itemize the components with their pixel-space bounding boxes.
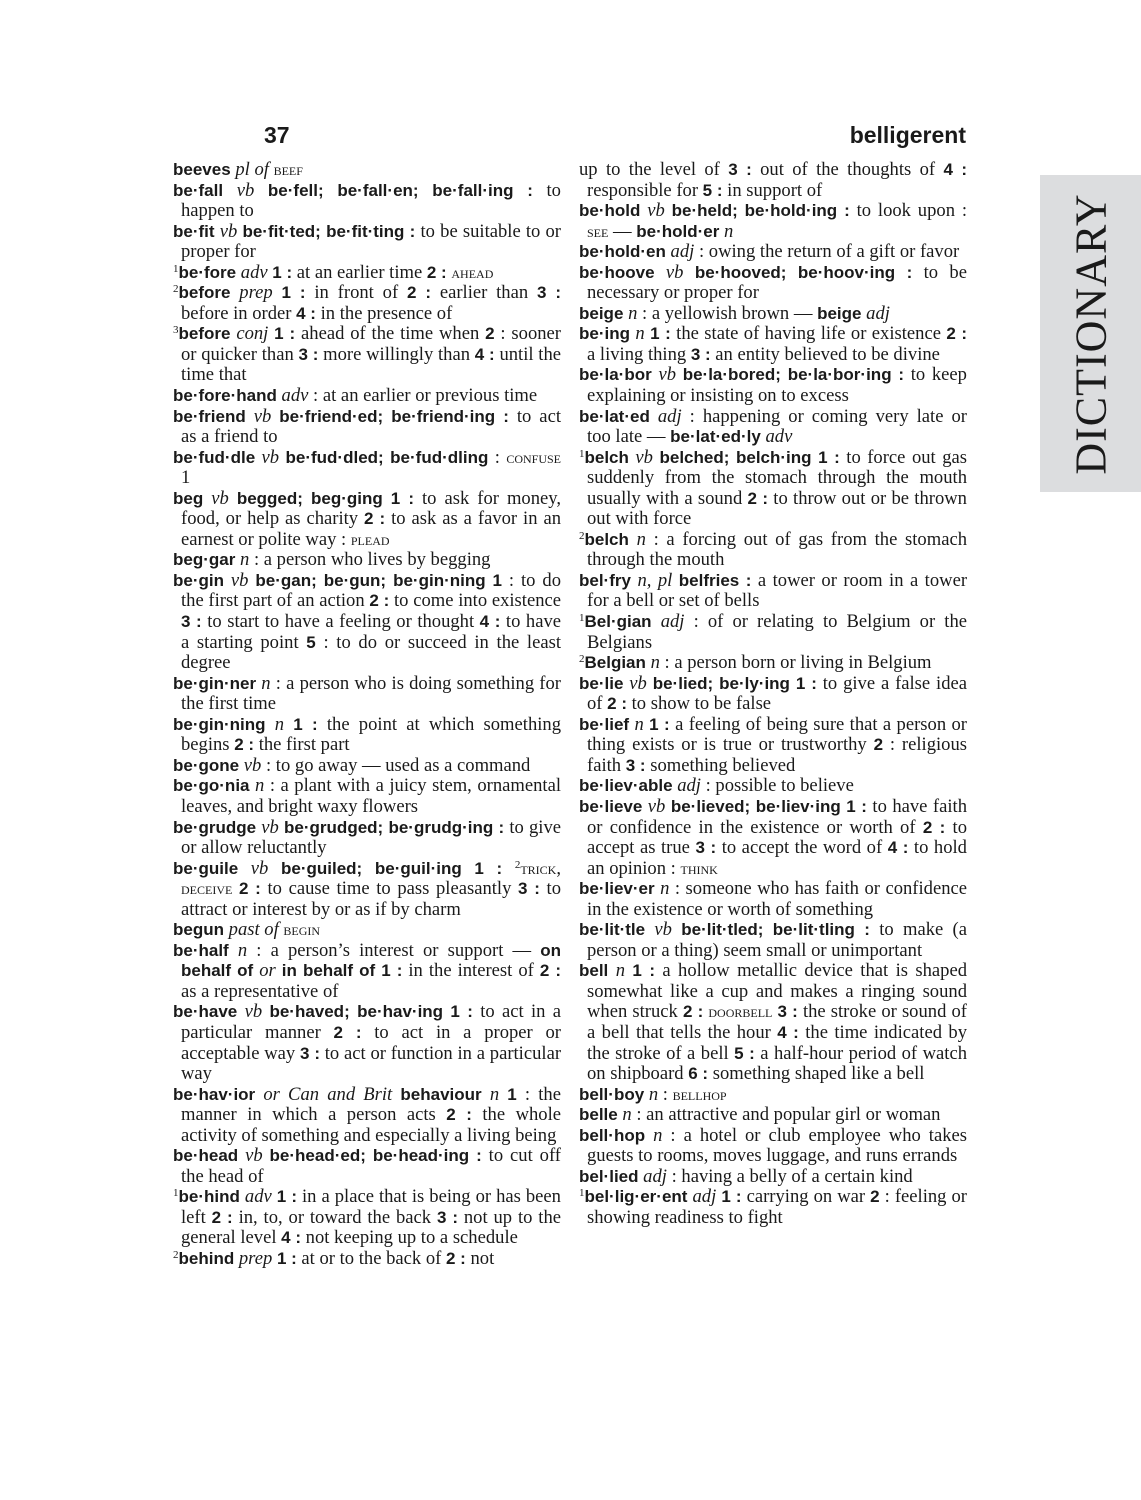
dictionary-entry: 2behind prep 1 : at or to the back of 2 … [173,1249,561,1270]
dictionary-entry: be·fall vb be·fell; be·fall·en; be·fall·… [173,181,561,222]
sense-number: 2 [874,735,883,754]
definition-text [230,282,239,303]
sense-number: 1 : [721,1187,741,1206]
definition-text [266,714,275,735]
definition-text: to look upon : [850,200,967,221]
definition-text [229,488,237,509]
definition-text: : at an earlier or previous time [308,385,537,406]
sense-number: 3 : [778,1002,798,1021]
headword: be·friend·ed; be·friend·ing : [279,407,509,426]
headword: be·lat·ed·ly [670,427,761,446]
headword: before [179,283,231,302]
part-of-speech: vb [658,364,676,385]
headword: be·gin·ning [173,715,266,734]
dictionary-entry: be·fore·hand adv : at an earlier or prev… [173,386,561,407]
sense-number: 1 [493,571,502,590]
sense-number: 5 : [734,1044,755,1063]
part-of-speech: adj [661,611,685,632]
dictionary-entry: be·lat·ed adj : happening or coming very… [579,407,967,448]
sense-number: 1 : [846,797,867,816]
sense-number: 4 : [888,838,909,857]
sense-number: 4 : [777,1023,799,1042]
sense-number: 3 : [695,838,716,857]
definition-text: to come into existence [389,590,561,611]
definition-text: to start to have a feeling or thought [202,611,480,632]
definition-text [224,570,231,591]
dictionary-entry: 3before conj 1 : ahead of the time when … [173,324,561,386]
headword: be·lie [579,674,623,693]
sense-number: 2 : [369,591,389,610]
headword: be·hooved; be·hoov·ing : [695,263,912,282]
dictionary-entry: be·hold vb be·held; be·hold·ing : to loo… [579,201,967,242]
sense-number: 3 : [300,1044,320,1063]
sense-number: 1 : [818,448,840,467]
definition-text: : possible to believe [701,775,854,796]
definition-text: : a yellowish brown — [637,303,817,324]
cross-reference: SEE [587,222,608,241]
dictionary-entry: be·lit·tle vb be·lit·tled; be·lit·tling … [579,920,967,961]
definition-text: to cause time to pass pleasantly [261,878,518,899]
part-of-speech: adv [282,385,309,406]
definition-text: more willingly than [318,344,474,365]
definition-text: something shaped like a bell [708,1063,924,1084]
definition-text: — [608,221,636,242]
dictionary-entry: bell·boy n : BELLHOP [579,1085,967,1106]
definition-text: the first part [254,734,350,755]
definition-text: carrying on war [742,1186,871,1207]
headword: be·liev·able [579,776,673,795]
sense-number: 2 : [923,818,945,837]
sense-number: 2 : [427,263,447,282]
sense-number: 1 : [272,263,292,282]
definition-text: in the presence of [316,303,452,324]
definition-text: in, to, or toward the back [233,1207,437,1228]
dictionary-entry: be·liev·er n : someone who has faith or … [579,879,967,920]
sense-number: 2 : [446,1249,466,1268]
sense-number: 3 : [181,612,202,631]
definition-text [482,1084,490,1105]
sense-number: 1 : [796,674,817,693]
dictionary-entry: be·hold·en adj : owing the return of a g… [579,242,967,263]
dictionary-entry: be·fud·dle vb be·fud·dled; be·fud·dling … [173,448,561,489]
dictionary-entry: be·head vb be·head·ed; be·head·ing : to … [173,1146,561,1187]
cross-reference: TRICK [520,859,556,878]
part-of-speech: vb [648,796,666,817]
definition-text [246,406,254,427]
dictionary-entry: be·grudge vb be·grudged; be·grudg·ing : … [173,818,561,859]
cross-reference: BEGIN [283,920,320,939]
sense-number: 1 : [450,1002,473,1021]
sense-number: 2 : [334,1023,362,1042]
part-of-speech: vb [262,447,280,468]
dictionary-entry: be·gin·ning n 1 : the point at which som… [173,715,561,756]
headword: begged; beg·ging [237,489,383,508]
headword: be·gan; be·gun; be·gin·ning [255,571,485,590]
page-number: 37 [264,122,290,149]
dictionary-entry: be·lie vb be·lied; be·ly·ing 1 : to give… [579,674,967,715]
definition-text [486,570,493,591]
dictionary-entry: be·guile vb be·guiled; be·guil·ing 1 : 2… [173,859,561,921]
part-of-speech: adj [658,406,682,427]
dictionary-entry: be·friend vb be·friend·ed; be·friend·ing… [173,407,561,448]
definition-text: : having a belly of a certain kind [667,1166,913,1187]
dictionary-entry: bel·fry n, pl belfries : a tower or room… [579,571,967,612]
headword: bell·boy [579,1085,644,1104]
headword: bell·hop [579,1126,645,1145]
headword: bel·lied [579,1167,639,1186]
part-of-speech: vb [251,858,269,879]
sense-number: 1 : [649,715,670,734]
headword: belch [585,530,629,549]
headword: be·fud·dled; be·fud·dling [286,448,489,467]
definition-text [223,180,237,201]
headword: bell [579,961,608,980]
definition-text [273,282,282,303]
sense-number: 3 : [298,345,318,364]
part-of-speech: adv [245,1186,272,1207]
headword: be·fore·hand [173,386,277,405]
definition-text: to show to be false [627,693,771,714]
definition-text: 1 [181,467,190,488]
headword: beg·gar [173,550,235,569]
part-of-speech: vb [654,919,672,940]
dictionary-entry: be·la·bor vb be·la·bored; be·la·bor·ing … [579,365,967,406]
part-of-speech: n [724,221,733,242]
part-of-speech: n [261,673,270,694]
sense-number: 1 : [282,283,306,302]
headword: behind [179,1249,235,1268]
definition-text: : [658,1084,672,1105]
part-of-speech: vb [245,1001,263,1022]
headword: belched; belch·ing [660,448,812,467]
cross-reference: AHEAD [451,263,493,282]
part-of-speech: n [490,1084,499,1105]
sense-number: 2 : [234,735,254,754]
part-of-speech: n [240,549,249,570]
sense-number: 3 : [537,283,561,302]
sense-number: 2 : [946,324,967,343]
headword: before [179,324,231,343]
dictionary-entry: be·liev·able adj : possible to believe [579,776,967,797]
headword: belch [585,448,629,467]
dictionary-entry: 1bel·lig·er·ent adj 1 : carrying on war … [579,1187,967,1228]
definition-text [645,1125,653,1146]
dictionary-entry: be·hoove vb be·hooved; be·hoov·ing : to … [579,263,967,304]
dictionary-entry: belle n : an attractive and popular girl… [579,1105,967,1126]
cross-reference: DOORBELL [708,1002,772,1021]
definition-text [672,919,681,940]
definition-text: up to the level of [579,159,728,180]
headword: be·go·nia [173,776,250,795]
definition-text [462,858,475,879]
sense-number: 4 : [943,160,967,179]
dictionary-entry: 1be·fore adv 1 : at an earlier time 2 : … [173,263,561,284]
part-of-speech: vb [231,570,249,591]
part-of-speech: n [622,1104,631,1125]
sense-number: 2 [485,324,494,343]
headword: be·lieve [579,797,642,816]
dictionary-entry: 2Belgian n : a person born or living in … [579,653,967,674]
headword: be·hold·en [579,242,666,261]
sense-number: 1 : [274,324,295,343]
definition-text: ahead of the time when [295,323,485,344]
sense-number: 2 : [540,961,561,980]
cross-reference: CONFUSE [506,448,561,467]
sense-number: 5 : [703,181,723,200]
sense-number: 6 : [688,1064,708,1083]
headword: be·guiled; be·guil·ing [281,859,462,878]
sense-number: 3 : [518,879,540,898]
definition-text: as a representative of [181,981,338,1002]
definition-text: in the interest of [402,960,539,981]
definition-text: at or to the back of [297,1248,446,1269]
definition-text: : to go away — used as a command [261,755,530,776]
sense-number: 2 : [212,1208,233,1227]
sense-number: 3 : [728,160,752,179]
sense-number: 4 : [475,345,495,364]
sense-number: 2 : [683,1002,703,1021]
headword: be·hav·ior [173,1085,255,1104]
definition-text: a living thing [587,344,691,365]
headword: be·held; be·hold·ing : [672,201,850,220]
sense-number: 2 : [446,1105,472,1124]
headword: be·gone [173,756,239,775]
dictionary-entry: beg vb begged; beg·ging 1 : to ask for m… [173,489,561,551]
part-of-speech: adj [866,303,890,324]
headword: behaviour [400,1085,481,1104]
part-of-speech: vb [647,200,665,221]
headword: be·ing [579,324,630,343]
headword: be·hold·er [636,222,719,241]
sense-number: 1 : [381,961,402,980]
definition-text [254,180,268,201]
dictionary-entry: be·hav·ior or Can and Brit behaviour n 1… [173,1085,561,1147]
dictionary-entry: be·gin vb be·gan; be·gun; be·gin·ning 1 … [173,571,561,674]
part-of-speech: or [259,960,276,981]
headword: beige [579,304,623,323]
definition-text [238,858,251,879]
part-of-speech: adj [671,241,695,262]
definition-text: : owing the return of a gift or favor [694,241,959,262]
part-of-speech: vb [666,262,684,283]
part-of-speech: conj [236,323,268,344]
sense-number: 1 [507,1085,516,1104]
sense-number: 2 [870,1187,879,1206]
dictionary-entry: beg·gar n : a person who lives by beggin… [173,550,561,571]
definition-text [676,364,683,385]
part-of-speech: adv [241,262,268,283]
cross-reference: BEEF [274,160,303,179]
headword: Belgian [585,653,646,672]
cross-reference: THINK [680,859,717,878]
definition-text: earlier than [431,282,537,303]
right-column: up to the level of 3 : out of the though… [579,160,967,1228]
sense-number: 3 : [691,345,711,364]
part-of-speech: n [275,714,284,735]
definition-text [645,919,654,940]
headword: bel·lig·er·ent [585,1187,688,1206]
headword: be·fore [179,263,237,282]
part-of-speech: vb [254,406,272,427]
headword: be·hold [579,201,640,220]
definition-text [284,714,293,735]
dictionary-entry: bell n 1 : a hollow metallic device that… [579,961,967,1084]
part-of-speech: adj [643,1166,667,1187]
headword: be·lied; be·ly·ing [653,674,790,693]
dictionary-entry: 1belch vb belched; belch·ing 1 : to forc… [579,448,967,530]
part-of-speech: n [628,303,637,324]
part-of-speech: adv [765,426,792,447]
definition-text: something believed [646,755,796,776]
headword: be·guile [173,859,238,878]
definition-text: an entity believed to be divine [711,344,940,365]
definition-text: not [466,1248,494,1269]
definition-text: to accept the word of [716,837,888,858]
dictionary-entry: 1Bel·gian adj : of or relating to Belgiu… [579,612,967,653]
sense-number: 1 : [277,1187,297,1206]
part-of-speech: past of [229,919,279,940]
dictionary-entry: be·lieve vb be·lieved; be·liev·ing 1 : t… [579,797,967,879]
headword: be·hoove [579,263,655,282]
definition-text [232,878,239,899]
part-of-speech: adj [677,775,701,796]
definition-text [263,1145,270,1166]
dictionary-entry: be·gone vb : to go away — used as a comm… [173,756,561,777]
dictionary-entry: 1be·hind adv 1 : in a place that is bein… [173,1187,561,1249]
headword: be·lieved; be·liev·ing [671,797,841,816]
part-of-speech: n, pl [637,570,672,591]
dictionary-entry: be·lief n 1 : a feeling of being sure th… [579,715,967,777]
sense-number: 4 : [296,304,316,323]
dictionary-entry: be·gin·ner n : a person who is doing som… [173,674,561,715]
headword: be·lat·ed [579,407,650,426]
definition-text: the state of having life or existence [671,323,947,344]
part-of-speech: n [651,652,660,673]
headword: beige [817,304,861,323]
part-of-speech: vb [244,755,262,776]
part-of-speech: n [635,323,644,344]
headword: be·la·bor [579,365,652,384]
dictionary-entry: beeves pl of BEEF [173,160,561,181]
headword: be·fell; be·fall·en; be·fall·ing : [268,181,533,200]
part-of-speech: n [660,878,669,899]
sense-number: 1 : [277,1249,297,1268]
definition-text: : an attractive and popular girl or woma… [632,1104,941,1125]
definition-text: before in order [181,303,296,324]
dictionary-entry: begun past of BEGIN [173,920,561,941]
headword: be·gin·ner [173,674,256,693]
definition-text: : [488,447,506,468]
dictionary-thumb-tab: DICTIONARY [1040,175,1141,492]
part-of-speech: pl of [235,159,269,180]
dictionary-entry: up to the level of 3 : out of the though… [579,160,967,201]
headword: be·friend [173,407,246,426]
sense-number: 1 : [650,324,671,343]
dictionary-entry: be·ing n 1 : the state of having life or… [579,324,967,365]
part-of-speech: vb [211,488,229,509]
cross-reference: DECEIVE [181,879,232,898]
part-of-speech: vb [629,673,647,694]
definition-text [237,1001,244,1022]
definition-text [655,262,666,283]
sense-number: 1 : [632,961,655,980]
sense-number: 2 : [748,489,768,508]
headword: be·fud·dle [173,448,255,467]
headword: be·grudged; be·grudg·ing : [284,818,504,837]
part-of-speech: vb [261,817,279,838]
headword: belle [579,1105,618,1124]
headword: be·grudge [173,818,256,837]
dictionary-entry: 2belch n : a forcing out of gas from the… [579,530,967,571]
headword: be·lief [579,715,629,734]
part-of-speech: prep [239,1248,272,1269]
headword: bel·fry [579,571,631,590]
definition-text: in front of [306,282,407,303]
part-of-speech: n [653,1125,662,1146]
headword: belfries : [679,571,752,590]
definition-text [229,940,238,961]
definition-text [383,488,391,509]
thumb-tab-label: DICTIONARY [1065,193,1116,474]
sense-number: 2 : [607,694,627,713]
part-of-speech: n [637,529,646,550]
cross-reference: PLEAD [351,530,390,549]
headword: beg [173,489,203,508]
part-of-speech: n [649,1084,658,1105]
definition-text: in support of [723,180,823,201]
dictionary-entry: beige n : a yellowish brown — beige adj [579,304,967,325]
definition-text [268,858,281,879]
headword: be·gin [173,571,224,590]
headword: be·liev·er [579,879,655,898]
dictionary-entry: be·fit vb be·fit·ted; be·fit·ting : to b… [173,222,561,263]
dictionary-entry: bell·hop n : a hotel or club employee wh… [579,1126,967,1167]
definition-text: : a person born or living in Belgium [660,652,932,673]
definition-text: at an earlier time [292,262,427,283]
headword: beeves [173,160,231,179]
part-of-speech: vb [237,180,255,201]
definition-text: : a person’s interest or support — [247,940,540,961]
headword: be·lit·tle [579,920,645,939]
definition-text [650,406,658,427]
sense-number: 4 : [480,612,501,631]
headword: be·lit·tled; be·lit·tling : [681,920,870,939]
sense-number: 2 : [239,879,261,898]
sense-number: 1 : [474,859,502,878]
part-of-speech: vb [635,447,653,468]
definition-text: responsible for [587,180,703,201]
headword: begun [173,920,224,939]
dictionary-entry: 2before prep 1 : in front of 2 : earlier… [173,283,561,324]
definition-text: , [556,858,561,879]
headword: be·fit [173,222,215,241]
definition-text [665,200,672,221]
definition-text [502,858,515,879]
sense-number: 1 : [293,715,317,734]
part-of-speech: n [634,714,643,735]
sense-number: 3 : [437,1208,458,1227]
part-of-speech: vb [245,1145,263,1166]
headword: Bel·gian [585,612,652,631]
guide-word: belligerent [850,122,966,149]
part-of-speech: n [238,940,247,961]
headword: be·la·bored; be·la·bor·ing : [683,365,904,384]
definition-text: : a person who lives by begging [249,549,490,570]
part-of-speech: adj [693,1186,717,1207]
headword: be·hind [179,1187,240,1206]
sense-number: 3 : [626,756,646,775]
headword: be·head·ed; be·head·ing : [270,1146,482,1165]
